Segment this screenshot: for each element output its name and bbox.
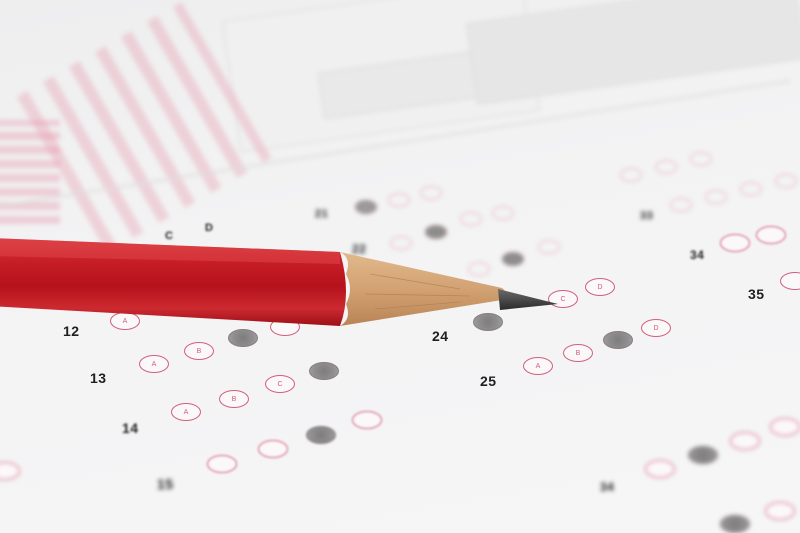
bubble xyxy=(645,460,675,478)
bubble xyxy=(0,462,20,480)
bubble xyxy=(765,502,795,520)
bubble xyxy=(730,432,760,450)
bubble xyxy=(770,418,800,436)
filled-bubble xyxy=(720,515,750,533)
question-number: 34 xyxy=(600,480,614,494)
photo-scene: 21 22 33 C D 34 35 24 C D 25 A B D 12 A xyxy=(0,0,800,533)
red-pencil xyxy=(0,234,570,330)
filled-bubble xyxy=(688,446,718,464)
